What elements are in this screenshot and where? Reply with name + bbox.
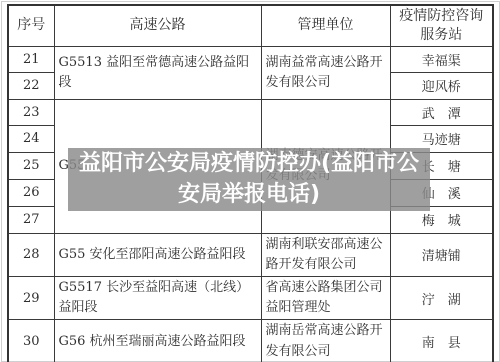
header-management-unit: 管理单位 (261, 5, 390, 46)
highway-g5513-cell: G5513 益阳至常德高速公路益阳段 (54, 46, 261, 99)
manager-cell: 湖南利联安邵高速公路开发有限公司 (261, 233, 390, 276)
watermark-overlay: 益阳市公安局疫情防控办(益阳市公安局举报电话) (68, 148, 430, 211)
header-service-station-line1: 疫情防控咨询 (395, 7, 489, 26)
row-29-number: 29 (8, 277, 54, 320)
highway-cell: G5517 长沙至益阳高速（北线）益阳段 (54, 277, 261, 320)
manager-yichang-cell: 湖南益常高速公路开发有限公司 (261, 46, 390, 99)
station-cell: 武 潭 (390, 99, 493, 125)
manager-cell: 湖南岳常高速公路开发有限公司 (261, 320, 390, 362)
station-cell: 泞 湖 (390, 277, 493, 320)
row-26-number: 26 (8, 179, 54, 206)
row-23-number: 23 (8, 99, 54, 125)
header-row: 序号 高速公路 管理单位 疫情防控咨询 服务站 (8, 5, 493, 46)
row-25-number: 25 (8, 152, 54, 179)
row-30-number: 30 (8, 320, 54, 362)
row-27-number: 27 (8, 206, 54, 233)
table-row: 29 G5517 长沙至益阳高速（北线）益阳段 省高速公路集团公司益阳管理处 泞… (8, 277, 493, 320)
row-24-number: 24 (8, 125, 54, 152)
station-cell: 南 县 (390, 320, 493, 362)
header-expressway: 高速公路 (54, 5, 261, 46)
header-serial-number: 序号 (8, 5, 54, 46)
station-cell: 清塘铺 (390, 233, 493, 276)
station-cell: 幸福渠 (390, 46, 493, 72)
station-cell: 迎风桥 (390, 72, 493, 99)
highway-cell: G56 杭州至瑞丽高速公路益阳段 (54, 320, 261, 362)
watermark-text: 益阳市公安局疫情防控办(益阳市公安局举报电话) (68, 149, 430, 211)
table-row: 23 G55 湖南德安高速公路开发有限公司 武 潭 (8, 99, 493, 125)
table-row: 21 G5513 益阳至常德高速公路益阳段 湖南益常高速公路开发有限公司 幸福渠 (8, 46, 493, 72)
manager-cell: 省高速公路集团公司益阳管理处 (261, 277, 390, 320)
header-service-station-line2: 服务站 (395, 26, 489, 45)
table-row: 28 G55 安化至邵阳高速公路益阳段 湖南利联安邵高速公路开发有限公司 清塘铺 (8, 233, 493, 276)
row-28-number: 28 (8, 233, 54, 276)
row-22-number: 22 (8, 72, 54, 99)
header-service-station: 疫情防控咨询 服务站 (390, 5, 493, 46)
row-21-number: 21 (8, 46, 54, 72)
highway-cell: G55 安化至邵阳高速公路益阳段 (54, 233, 261, 276)
table-row: 30 G56 杭州至瑞丽高速公路益阳段 湖南岳常高速公路开发有限公司 南 县 (8, 320, 493, 362)
